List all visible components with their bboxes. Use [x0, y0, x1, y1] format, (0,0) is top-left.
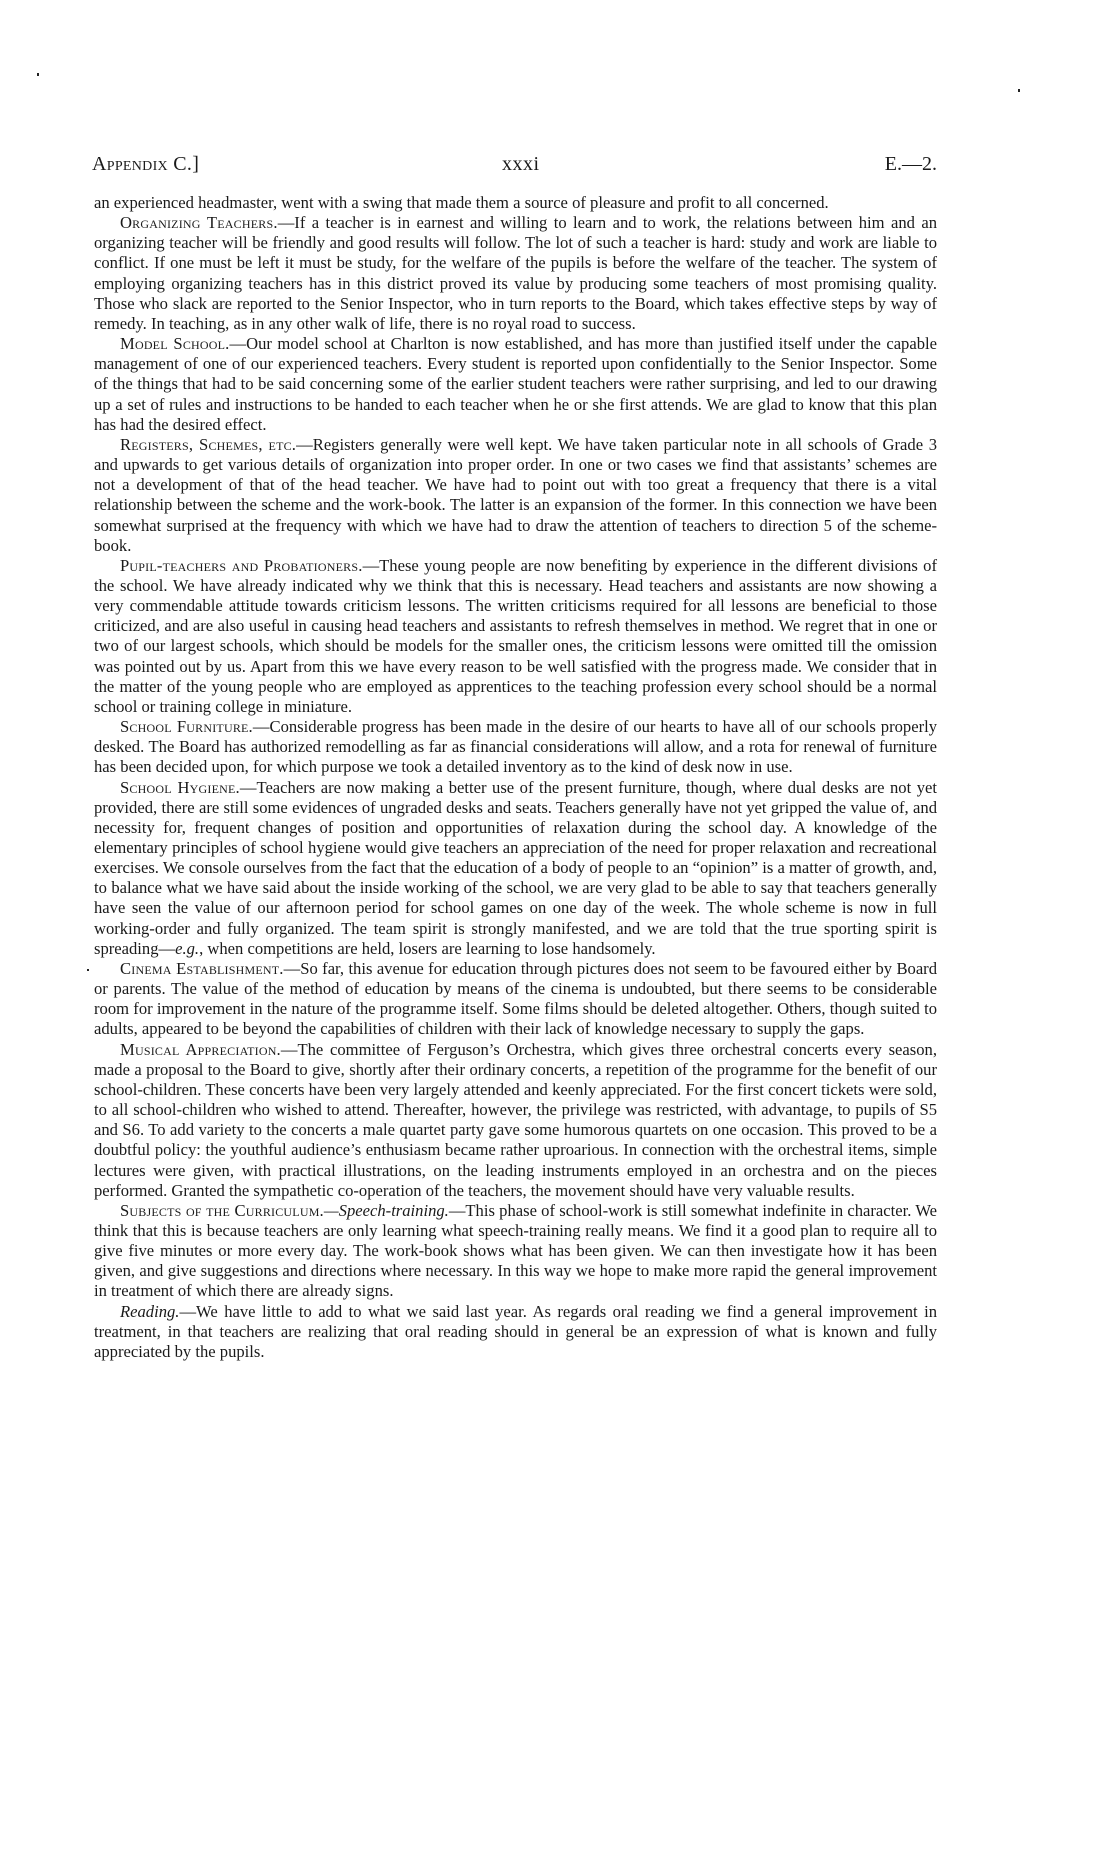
section-heading: Registers, Schemes, etc.: [120, 435, 296, 454]
section-heading: School Furniture.: [120, 717, 253, 736]
running-head-left: Appendix C.]: [92, 150, 199, 178]
paragraph-continuation: an experienced headmaster, went with a s…: [94, 193, 937, 213]
paragraph-registers-schemes: Registers, Schemes, etc.—Registers gener…: [94, 435, 937, 556]
subsection-heading: Reading.: [120, 1302, 179, 1321]
page-number: xxxi: [502, 150, 540, 178]
paragraph-cinema-establishment: Cinema Establishment.—So far, this avenu…: [94, 959, 937, 1040]
page-header: Appendix C.] xxxi E.—2.: [92, 150, 937, 178]
paragraph-text-tail: , when competitions are held, losers are…: [199, 939, 656, 958]
section-heading: Subjects of the Curriculum.: [120, 1201, 324, 1220]
italic-abbreviation: e.g.: [175, 939, 199, 958]
document-reference: E.—2.: [885, 150, 937, 178]
section-heading: School Hygiene.: [120, 778, 240, 797]
scan-speck: [87, 969, 89, 971]
scan-speck: [37, 73, 39, 76]
paragraph-school-hygiene: School Hygiene.—Teachers are now making …: [94, 778, 937, 959]
paragraph-organizing-teachers: Organizing Teachers.—If a teacher is in …: [94, 213, 937, 334]
scan-speck: [1018, 89, 1020, 92]
paragraph-pupil-teachers: Pupil-teachers and Probationers.—These y…: [94, 556, 937, 717]
body-text: an experienced headmaster, went with a s…: [94, 193, 937, 1362]
paragraph-musical-appreciation: Musical Appreciation.—The committee of F…: [94, 1040, 937, 1201]
paragraph-model-school: Model School.—Our model school at Charlt…: [94, 334, 937, 435]
section-heading: Pupil-teachers and Probationers.: [120, 556, 363, 575]
paragraph-text: —The committee of Ferguson’s Orchestra, …: [94, 1040, 937, 1200]
paragraph-text: an experienced headmaster, went with a s…: [94, 193, 829, 212]
paragraph-text: —These young people are now benefiting b…: [94, 556, 937, 716]
section-heading: Model School.: [120, 334, 230, 353]
paragraph-reading: Reading.—We have little to add to what w…: [94, 1302, 937, 1362]
section-heading: Cinema Establishment.: [120, 959, 284, 978]
section-heading: Musical Appreciation.: [120, 1040, 281, 1059]
paragraph-text: —Teachers are now making a better use of…: [94, 778, 937, 958]
section-heading: Organizing Teachers.: [120, 213, 278, 232]
subsection-heading: —Speech-training.: [324, 1201, 449, 1220]
paragraph-school-furniture: School Furniture.—Considerable progress …: [94, 717, 937, 777]
paragraph-subjects-curriculum: Subjects of the Curriculum.—Speech-train…: [94, 1201, 937, 1302]
paragraph-text: —We have little to add to what we said l…: [94, 1302, 937, 1361]
